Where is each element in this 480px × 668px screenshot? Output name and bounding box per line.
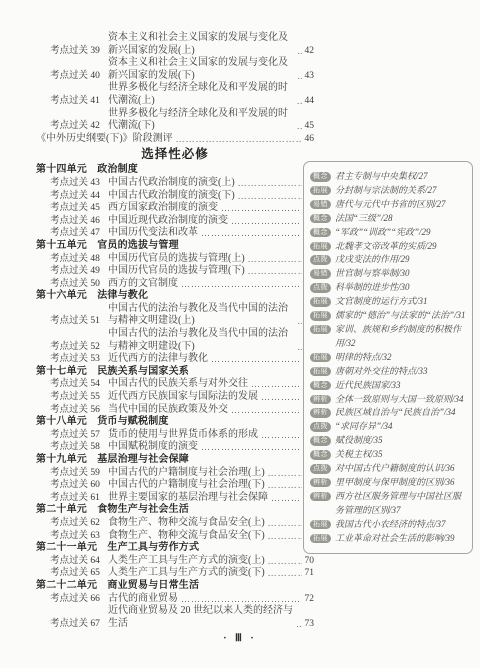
note-text: 里甲制度与保甲制度的区别/36 [335, 476, 455, 490]
note-text: 我国古代小农经济的特点/37 [335, 518, 446, 532]
unit-header: 第二十二单元 商业贸易与日常生活 [36, 580, 314, 593]
note-tag-badge: 拓展 [310, 325, 331, 335]
margin-note: 辨析全体一致原则与大国一致原则/34 [310, 393, 468, 407]
entry-label: 考点过关 60 [50, 479, 108, 492]
note-tag-badge: 拓展 [310, 353, 331, 363]
entry-label: 考点过关 40 [50, 70, 108, 83]
entry-label: 考点过关 61 [50, 492, 108, 505]
note-tag-badge: 概念 [310, 381, 331, 391]
entry-page-number: 73 [305, 618, 315, 631]
dot-leader [238, 190, 302, 203]
entry-label: 考点过关 55 [50, 391, 108, 404]
note-text: 儒家的“德治”与法家的“法治”/31 [335, 309, 466, 323]
entry-label: 考点过关 48 [50, 253, 108, 266]
margin-notes-panel: 概念君主专制与中央集权/27拓展分封制与宗法制的关系/27易错唐代与元代中书省的… [303, 161, 473, 554]
margin-note: 辨析里甲制度与保甲制度的区别/36 [310, 476, 468, 490]
entry-title: 中国赋税制度的演变 [108, 441, 198, 454]
toc-entry: 考点过关 62食物生产、物种交流与食品安全(上)68 [36, 517, 314, 530]
entry-label: 考点过关 53 [50, 353, 108, 366]
entry-label: 考点过关 63 [50, 530, 108, 543]
entry-label: 考点过关 47 [50, 227, 108, 240]
margin-note: 点拨戊戌变法的作用/29 [310, 253, 468, 267]
entry-page-number: 46 [305, 133, 315, 146]
note-text: 工业革命对社会生活的影响/39 [335, 532, 455, 546]
toc-entry: 考点过关 41世界多极化与经济全球化及和平发展的时代潮流(上)44 [36, 82, 314, 107]
note-text: 科举制的进步性/30 [335, 281, 410, 295]
entry-title: 世界多极化与经济全球化及和平发展的时代潮流(下) [108, 108, 294, 133]
margin-notes-list: 概念君主专制与中央集权/27拓展分封制与宗法制的关系/27易错唐代与元代中书省的… [310, 170, 468, 545]
entry-title: 世界多极化与经济全球化及和平发展的时代潮流(上) [108, 82, 294, 107]
entry-title: 中国古代的民族关系与对外交往 [108, 378, 248, 391]
margin-note: 辨析西方社区服务管理与中国社区服务管理的区别/37 [310, 490, 468, 518]
note-text: “求同存异”/34 [335, 420, 393, 434]
note-tag-badge: 概念 [310, 450, 331, 460]
toc-entry: 考点过关 50西方的文官制度56 [36, 278, 314, 291]
note-text: 对中国古代户籍制度的认识/36 [335, 462, 455, 476]
note-tag-badge: 辨析 [310, 478, 331, 488]
dot-leader [211, 353, 302, 366]
note-tag-badge: 点拨 [310, 464, 331, 474]
entry-title: 中国历代变法和改革 [108, 227, 198, 240]
entry-title: 中国历代官员的选拔与管理(上) [108, 253, 245, 266]
entry-title: 《中外历史纲要(下)》阶段测评 [36, 133, 173, 146]
dot-leader [268, 567, 302, 580]
note-tag-badge: 拓展 [310, 367, 331, 377]
entry-title: 人类生产工具与生产方式的演变(上) [108, 555, 265, 568]
margin-note: 拓展我国古代小农经济的特点/37 [310, 518, 468, 532]
entry-title: 资本主义和社会主义国家的发展与变化及新兴国家的发展(下) [108, 57, 294, 82]
unit-header: 第十五单元 官员的选拔与管理 [36, 240, 314, 253]
entry-title: 西方的文官制度 [108, 278, 178, 291]
note-text: 近代民族国家/33 [335, 379, 401, 393]
toc-entry: 考点过关 56当代中国的民族政策及外交62 [36, 404, 314, 417]
toc-entry: 考点过关 39资本主义和社会主义国家的发展与变化及新兴国家的发展(上)42 [36, 32, 314, 57]
note-tag-badge: 点拨 [310, 283, 331, 293]
unit-header: 第十九单元 基层治理与社会保障 [36, 454, 314, 467]
note-tag-badge: 点拨 [310, 255, 331, 265]
toc-entry: 考点过关 58中国赋税制度的演变64 [36, 441, 314, 454]
toc-entry: 考点过关 67近代商业贸易及 20 世纪以来人类的经济与生活73 [36, 605, 314, 630]
note-tag-badge: 概念 [310, 214, 331, 224]
entry-title: 西方国家政治制度的演变 [108, 202, 218, 215]
margin-note: 拓展文官制度的运行方式/31 [310, 295, 468, 309]
dot-leader [297, 315, 301, 328]
entry-label: 考点过关 56 [50, 404, 108, 417]
note-text: 家训、族规和乡约制度的积极作用/32 [335, 323, 468, 351]
entry-label: 考点过关 66 [50, 593, 108, 606]
toc-entry: 考点过关 44中国古代政治制度的演变(下)50 [36, 190, 314, 203]
entry-page-number: 71 [305, 567, 315, 580]
entry-page-number: 45 [305, 120, 315, 133]
toc-entry: 考点过关 64人类生产工具与生产方式的演变(上)70 [36, 555, 314, 568]
note-text: 法国“三级”/28 [335, 212, 393, 226]
dot-leader [248, 265, 302, 278]
dot-leader [296, 618, 301, 631]
entry-title: 食物生产、物种交流与食品安全(上) [108, 517, 265, 530]
entry-title: 近代商业贸易及 20 世纪以来人类的经济与生活 [108, 605, 293, 630]
note-tag-badge: 拓展 [310, 242, 331, 252]
dot-leader [297, 341, 301, 354]
note-tag-badge: 概念 [310, 436, 331, 446]
note-tag-badge: 概念 [310, 228, 331, 238]
note-tag-badge: 拓展 [310, 311, 331, 321]
margin-note: 概念“军政”“训政”“宪政”/29 [310, 226, 468, 240]
entry-label: 考点过关 52 [50, 341, 108, 354]
entry-page-number: 70 [305, 555, 315, 568]
margin-note: 点拨对中国古代户籍制度的认识/36 [310, 462, 468, 476]
entry-label: 考点过关 49 [50, 265, 108, 278]
entry-label: 考点过关 57 [50, 429, 108, 442]
dot-leader [297, 70, 301, 83]
margin-note: 拓展工业革命对社会生活的影响/39 [310, 532, 468, 546]
entry-label: 考点过关 65 [50, 567, 108, 580]
toc-entry: 考点过关 57货币的使用与世界货币体系的形成63 [36, 429, 314, 442]
dot-leader [201, 227, 302, 240]
entry-page-number: 72 [305, 593, 315, 606]
entry-label: 考点过关 45 [50, 202, 108, 215]
note-text: 戊戌变法的作用/29 [335, 253, 410, 267]
entry-page-number: 43 [305, 70, 315, 83]
entry-title: 中国古代的户籍制度与社会治理(上) [108, 467, 265, 480]
toc-entry: 考点过关 61世界主要国家的基层治理与社会保障67 [36, 492, 314, 505]
dot-leader [181, 593, 302, 606]
note-text: 明律的特点/32 [335, 351, 392, 365]
note-text: 唐朝对外交往的特点/33 [335, 365, 428, 379]
entry-title: 中国古代的法治与教化及当代中国的法治与精神文明建设(上) [108, 303, 294, 328]
entry-page-number: 44 [305, 95, 315, 108]
margin-note: 辨析民族区域自治与“民族自治”/34 [310, 406, 468, 420]
margin-note: 易错世官制与察举制/30 [310, 267, 468, 281]
margin-note: 拓展家训、族规和乡约制度的积极作用/32 [310, 323, 468, 351]
dot-leader [297, 95, 302, 108]
toc-entry: 考点过关 46中国近现代政治制度的演变52 [36, 215, 314, 228]
entry-title: 中国古代的户籍制度与社会治理(下) [108, 479, 265, 492]
entry-title: 货币的使用与世界货币体系的形成 [108, 429, 258, 442]
unit-header: 第二十单元 食物生产与社会生活 [36, 504, 314, 517]
margin-note: 拓展分封制与宗法制的关系/27 [310, 184, 468, 198]
toc-entry: 考点过关 49中国历代官员的选拔与管理(下)55 [36, 265, 314, 278]
dot-leader [268, 479, 302, 492]
toc-entry: 考点过关 53近代西方的法律与教化59 [36, 353, 314, 366]
toc-entry: 考点过关 65人类生产工具与生产方式的演变(下)71 [36, 567, 314, 580]
entry-title: 中国历代官员的选拔与管理(下) [108, 265, 245, 278]
toc-entry: 《中外历史纲要(下)》阶段测评46 [36, 133, 314, 146]
dot-leader [201, 441, 302, 454]
toc-entry: 考点过关 52中国古代的法治与教化及当代中国的法治与精神文明建设(下)58 [36, 328, 314, 353]
note-tag-badge: 辨析 [310, 395, 331, 405]
note-tag-badge: 点拨 [310, 422, 331, 432]
note-tag-badge: 拓展 [310, 297, 331, 307]
note-tag-badge: 拓展 [310, 520, 331, 530]
dot-leader [221, 202, 302, 215]
entry-label: 考点过关 44 [50, 190, 108, 203]
dot-leader [231, 215, 302, 228]
toc-entry: 考点过关 59中国古代的户籍制度与社会治理(上)65 [36, 467, 314, 480]
margin-note: 概念法国“三级”/28 [310, 212, 468, 226]
entry-title: 世界主要国家的基层治理与社会保障 [108, 492, 268, 505]
entry-title: 食物生产、物种交流与食品安全(下) [108, 530, 265, 543]
entry-label: 考点过关 58 [50, 441, 108, 454]
note-tag-badge: 易错 [310, 200, 331, 210]
entry-label: 考点过关 64 [50, 555, 108, 568]
toc-entry: 考点过关 54中国古代的民族关系与对外交往60 [36, 378, 314, 391]
note-tag-badge: 拓展 [310, 186, 331, 196]
dot-leader [268, 517, 302, 530]
note-text: 全体一致原则与大国一致原则/34 [335, 393, 464, 407]
note-tag-badge: 概念 [310, 172, 331, 182]
margin-note: 概念近代民族国家/33 [310, 379, 468, 393]
part-heading: 选择性必修 [36, 146, 314, 162]
note-text: 世官制与察举制/30 [335, 267, 410, 281]
note-tag-badge: 辨析 [310, 492, 331, 502]
dot-leader [261, 429, 302, 442]
book-toc-page: 考点过关 39资本主义和社会主义国家的发展与变化及新兴国家的发展(上)42考点过… [0, 0, 480, 668]
unit-header: 第十七单元 民族关系与国家关系 [36, 366, 314, 379]
entry-title: 中国近现代政治制度的演变 [108, 215, 228, 228]
entry-label: 考点过关 62 [50, 517, 108, 530]
margin-note: 点拨“求同存异”/34 [310, 420, 468, 434]
margin-note: 拓展北魏孝文帝改革的实质/29 [310, 240, 468, 254]
margin-note: 拓展明律的特点/32 [310, 351, 468, 365]
dot-leader [248, 253, 302, 266]
unit-header: 第二十一单元 生产工具与劳作方式 [36, 542, 314, 555]
dot-leader [297, 120, 302, 133]
entry-page-number: 42 [305, 45, 315, 58]
toc-units: 第十四单元 政治制度考点过关 43中国古代政治制度的演变(上)49考点过关 44… [36, 164, 314, 630]
entry-title: 中国古代政治制度的演变(下) [108, 190, 235, 203]
margin-note: 概念赋役制度/35 [310, 434, 468, 448]
entry-label: 考点过关 46 [50, 215, 108, 228]
entry-title: 人类生产工具与生产方式的演变(下) [108, 567, 265, 580]
note-text: 民族区域自治与“民族自治”/34 [335, 406, 456, 420]
dot-leader [271, 492, 302, 505]
unit-header: 第十四单元 政治制度 [36, 164, 314, 177]
dot-leader [268, 530, 302, 543]
note-text: 分封制与宗法制的关系/27 [335, 184, 437, 198]
dot-leader [268, 555, 302, 568]
dot-leader [297, 45, 301, 58]
entry-label: 考点过关 54 [50, 378, 108, 391]
unit-header: 第十八单元 货币与赋税制度 [36, 416, 314, 429]
note-text: “军政”“训政”“宪政”/29 [335, 226, 431, 240]
entry-label: 考点过关 51 [50, 315, 108, 328]
entry-label: 考点过关 39 [50, 45, 108, 58]
entry-label: 考点过关 50 [50, 278, 108, 291]
entry-title: 当代中国的民族政策及外交 [108, 404, 228, 417]
toc-entry: 考点过关 63食物生产、物种交流与食品安全(下)69 [36, 530, 314, 543]
unit-header: 第十六单元 法律与教化 [36, 290, 314, 303]
note-text: 文官制度的运行方式/31 [335, 295, 428, 309]
dot-leader [251, 378, 302, 391]
toc-entry: 考点过关 42世界多极化与经济全球化及和平发展的时代潮流(下)45 [36, 108, 314, 133]
dot-leader [261, 391, 302, 404]
dot-leader [238, 177, 302, 190]
margin-note: 拓展唐朝对外交往的特点/33 [310, 365, 468, 379]
entry-label: 考点过关 59 [50, 467, 108, 480]
toc-main-column: 考点过关 39资本主义和社会主义国家的发展与变化及新兴国家的发展(上)42考点过… [36, 32, 314, 630]
page-number-footer: · Ⅲ · [0, 633, 480, 644]
toc-entry: 考点过关 47中国历代变法和改革53 [36, 227, 314, 240]
entry-title: 资本主义和社会主义国家的发展与变化及新兴国家的发展(上) [108, 32, 294, 57]
toc-entry: 考点过关 45西方国家政治制度的演变51 [36, 202, 314, 215]
toc-entry: 考点过关 43中国古代政治制度的演变(上)49 [36, 177, 314, 190]
toc-entry: 考点过关 40资本主义和社会主义国家的发展与变化及新兴国家的发展(下)43 [36, 57, 314, 82]
note-text: 北魏孝文帝改革的实质/29 [335, 240, 437, 254]
dot-leader [176, 133, 302, 146]
entry-title: 近代西方的法律与教化 [108, 353, 208, 366]
toc-entry: 考点过关 60中国古代的户籍制度与社会治理(下)66 [36, 479, 314, 492]
entry-label: 考点过关 42 [50, 120, 108, 133]
note-tag-badge: 易错 [310, 269, 331, 279]
entry-label: 考点过关 43 [50, 177, 108, 190]
note-tag-badge: 辨析 [310, 408, 331, 418]
margin-note: 拓展儒家的“德治”与法家的“法治”/31 [310, 309, 468, 323]
entry-title: 中国古代政治制度的演变(上) [108, 177, 235, 190]
entry-title: 中国古代的法治与教化及当代中国的法治与精神文明建设(下) [108, 328, 294, 353]
margin-note: 概念关税主权/35 [310, 448, 468, 462]
dot-leader [181, 278, 302, 291]
dot-leader [231, 404, 302, 417]
toc-top-entries: 考点过关 39资本主义和社会主义国家的发展与变化及新兴国家的发展(上)42考点过… [36, 32, 314, 145]
note-text: 西方社区服务管理与中国社区服务管理的区别/37 [335, 490, 468, 518]
toc-entry: 考点过关 48中国历代官员的选拔与管理(上)54 [36, 253, 314, 266]
entry-label: 考点过关 67 [50, 618, 108, 631]
note-text: 关税主权/35 [335, 448, 383, 462]
note-text: 唐代与元代中书省的区别/27 [335, 198, 446, 212]
margin-note: 点拨科举制的进步性/30 [310, 281, 468, 295]
dot-leader [268, 467, 302, 480]
margin-note: 易错唐代与元代中书省的区别/27 [310, 198, 468, 212]
entry-label: 考点过关 41 [50, 95, 108, 108]
note-text: 君主专制与中央集权/27 [335, 170, 428, 184]
toc-entry: 考点过关 51中国古代的法治与教化及当代中国的法治与精神文明建设(上)57 [36, 303, 314, 328]
toc-entry: 考点过关 66古代的商业贸易72 [36, 593, 314, 606]
entry-title: 古代的商业贸易 [108, 593, 178, 606]
note-tag-badge: 拓展 [310, 534, 331, 544]
toc-entry: 考点过关 55近代西方民族国家与国际法的发展61 [36, 391, 314, 404]
note-text: 赋役制度/35 [335, 434, 383, 448]
margin-note: 概念君主专制与中央集权/27 [310, 170, 468, 184]
entry-title: 近代西方民族国家与国际法的发展 [108, 391, 258, 404]
